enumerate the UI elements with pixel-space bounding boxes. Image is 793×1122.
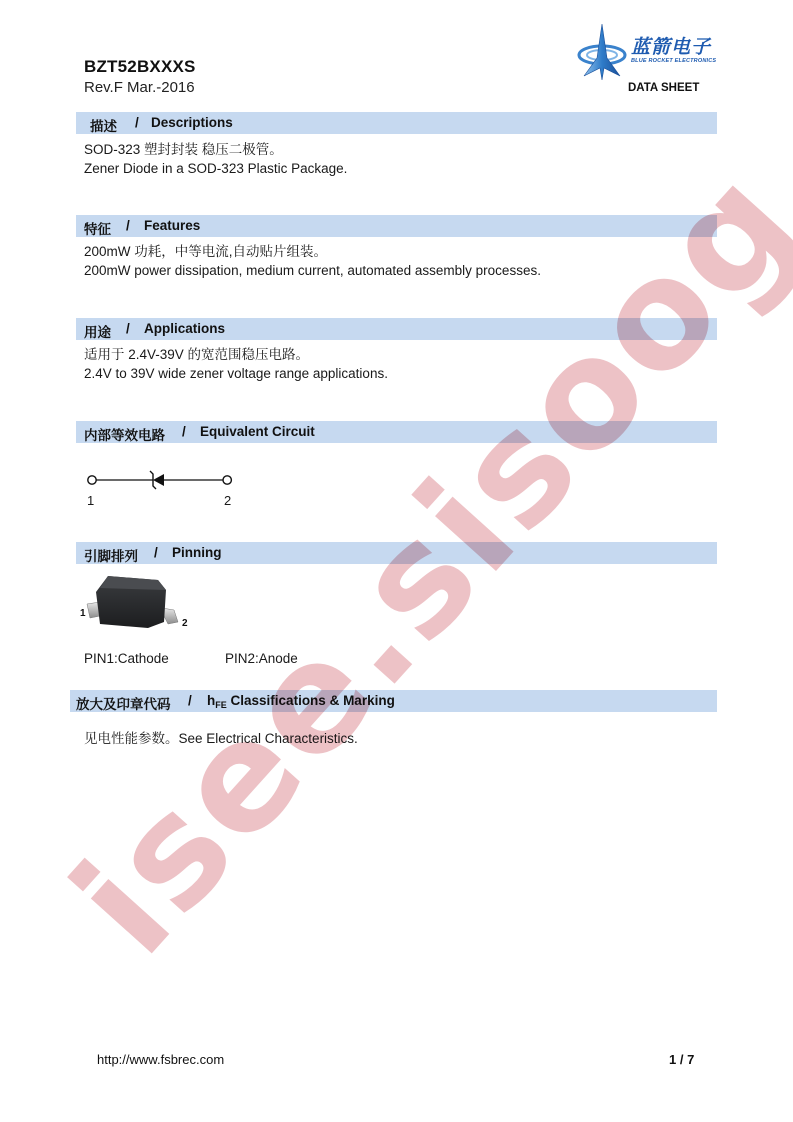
section-separator: / (182, 424, 186, 439)
description-line-en: Zener Diode in a SOD-323 Plastic Package… (84, 161, 347, 176)
part-number-title: BZT52BXXXS (84, 57, 196, 77)
section-separator: / (135, 115, 139, 130)
section-title-en: Applications (144, 321, 225, 336)
section-separator: / (154, 545, 158, 560)
pin2-description: PIN2:Anode (225, 651, 298, 666)
section-bar-equivalent-circuit: 内部等效电路 / Equivalent Circuit (76, 421, 717, 443)
section-title-cn: 引脚排列 (84, 545, 138, 565)
applications-line-en: 2.4V to 39V wide zener voltage range app… (84, 366, 388, 381)
section-bar-classification: 放大及印章代码 / hFE Classifications & Marking (70, 690, 717, 712)
section-title-cn: 特征 (84, 218, 111, 238)
circuit-pin-label-1: 1 (87, 493, 94, 508)
circuit-pin-label-2: 2 (224, 493, 231, 508)
footer-website-link[interactable]: http://www.fsbrec.com (97, 1052, 224, 1067)
section-separator: / (126, 218, 130, 233)
section-title-en: Pinning (172, 545, 222, 560)
doc-type-label: DATA SHEET (628, 82, 699, 94)
section-title-cn: 用途 (84, 321, 111, 341)
section-separator: / (188, 693, 192, 708)
features-line-en: 200mW power dissipation, medium current,… (84, 263, 541, 278)
section-title-en: Equivalent Circuit (200, 424, 315, 439)
applications-line-cn: 适用于 2.4V-39V 的宽范围稳压电路。 (84, 343, 309, 363)
hfe-subscript: FE (215, 700, 227, 710)
rocket-star-logo-icon (576, 22, 628, 82)
section-title-cn: 内部等效电路 (84, 424, 165, 444)
features-line-cn: 200mW 功耗，中等电流,自动贴片组装。 (84, 240, 327, 260)
company-logo: 蓝箭电子 BLUE ROCKET ELECTRONICS (576, 22, 721, 82)
section-bar-applications: 用途 / Applications (76, 318, 717, 340)
zener-diode-icon (84, 466, 244, 496)
section-separator: / (126, 321, 130, 336)
sod-323-package-icon: 1 2 (78, 572, 198, 632)
revision-text: Rev.F Mar.-2016 (84, 79, 195, 96)
section-title-en: hFE Classifications & Marking (207, 693, 395, 710)
page-number: 1 / 7 (669, 1052, 694, 1067)
package-pin-label-2: 2 (182, 618, 188, 629)
classification-line: 见电性能参数。See Electrical Characteristics. (84, 727, 358, 747)
classification-title-text: Classifications & Marking (231, 693, 395, 708)
section-title-en: Features (144, 218, 200, 233)
hfe-symbol: h (207, 693, 215, 708)
description-line-cn: SOD-323 塑封封装 稳压二极管。 (84, 138, 283, 158)
section-title-cn: 描述 (90, 115, 117, 135)
section-bar-features: 特征 / Features (76, 215, 717, 237)
section-bar-descriptions: 描述 / Descriptions (76, 112, 717, 134)
logo-name-en: BLUE ROCKET ELECTRONICS (631, 58, 716, 64)
pin1-description: PIN1:Cathode (84, 651, 169, 666)
section-title-en: Descriptions (151, 115, 233, 130)
section-title-cn: 放大及印章代码 (76, 693, 171, 713)
section-bar-pinning: 引脚排列 / Pinning (76, 542, 717, 564)
logo-name-cn: 蓝箭电子 (631, 32, 711, 59)
package-pin-label-1: 1 (80, 608, 86, 619)
